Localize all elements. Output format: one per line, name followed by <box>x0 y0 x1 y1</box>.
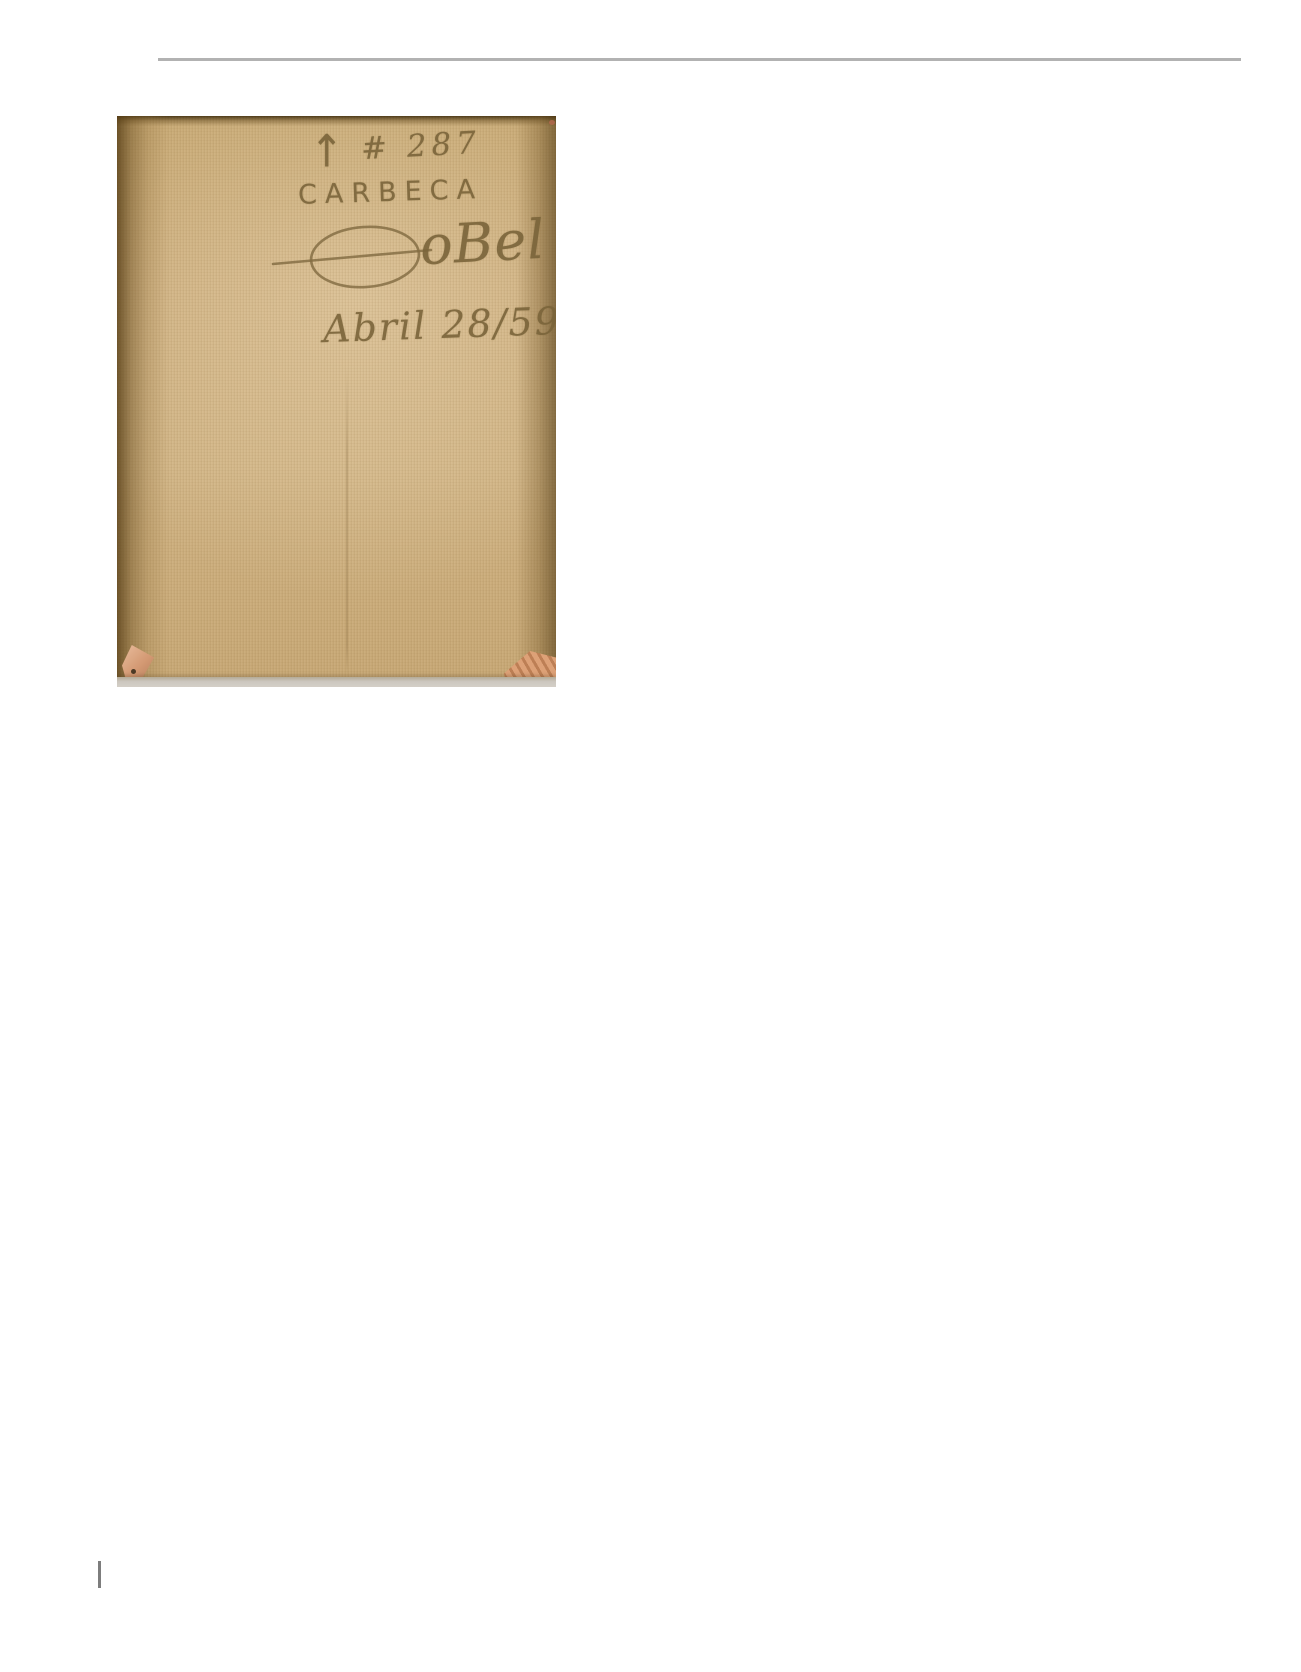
inscription-number: # 287 <box>360 128 481 165</box>
up-arrow-icon: ↑ <box>310 130 344 175</box>
signature-monogram-icon <box>265 219 440 299</box>
bottom-left-tick <box>98 1561 101 1588</box>
inscription-signature: oBel <box>419 213 547 273</box>
top-horizontal-rule <box>158 58 1241 61</box>
canvas-left-edge-shadow <box>117 116 169 687</box>
corner-speck <box>549 120 555 125</box>
canvas-verso-photo: ↑ # 287 CARBECA oBel Abril 28/59 <box>117 116 556 687</box>
canvas-top-edge-shadow <box>117 116 556 126</box>
canvas-right-edge-shadow <box>516 116 556 687</box>
stretcher-bottom-edge <box>117 677 556 687</box>
stretcher-key-nail-hole <box>131 669 136 674</box>
canvas-seam-line <box>346 366 348 676</box>
document-page: ↑ # 287 CARBECA oBel Abril 28/59 <box>0 0 1301 1672</box>
inscription-date: Abril 28/59 <box>322 302 556 348</box>
inscription-title: CARBECA <box>298 176 484 209</box>
